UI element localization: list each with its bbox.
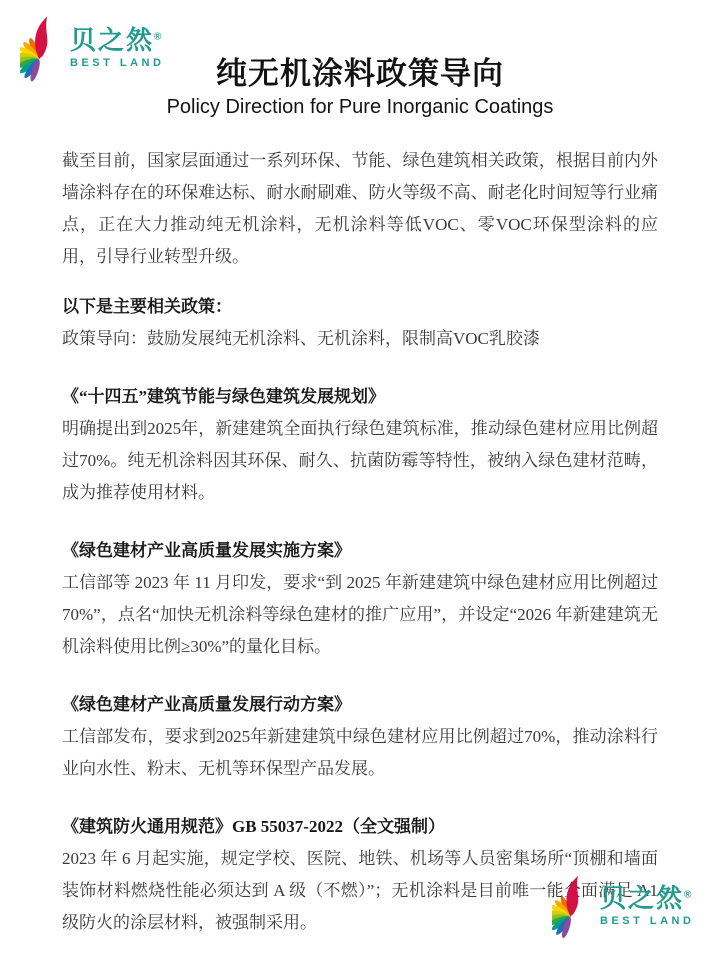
brand-wordmark: 贝之然® BEST LAND [70, 27, 164, 69]
policy-direction-line: 政策导向：鼓励发展纯无机涂料、无机涂料，限制高VOC乳胶漆 [62, 323, 658, 355]
policies-heading: 以下是主要相关政策： [62, 291, 658, 323]
section-heading: 《建筑防火通用规范》GB 55037-2022（全文强制） [62, 811, 658, 843]
brand-name-cn: 贝之然® [600, 885, 694, 911]
document-body: 截至目前，国家层面通过一系列环保、节能、绿色建筑相关政策，根据目前内外墙涂料存在… [62, 145, 658, 939]
brand-name-cn: 贝之然® [70, 27, 164, 53]
section-body: 工信部等 2023 年 11 月印发，要求“到 2025 年新建建筑中绿色建材应… [62, 567, 658, 663]
section-body: 工信部发布，要求到2025年新建建筑中绿色建材应用比例超过70%，推动涂料行业向… [62, 721, 658, 785]
brand-logo-top: 贝之然® BEST LAND [20, 12, 164, 84]
brand-name-en: BEST LAND [70, 58, 164, 69]
policy-section-3: 《绿色建材产业高质量发展行动方案》 工信部发布，要求到2025年新建建筑中绿色建… [62, 689, 658, 785]
bestland-wing-icon [20, 12, 66, 84]
bestland-wing-icon [552, 872, 596, 940]
brand-name-en: BEST LAND [600, 916, 694, 927]
policy-section-1: 《“十四五”建筑节能与绿色建筑发展规划》 明确提出到2025年，新建建筑全面执行… [62, 381, 658, 509]
section-body: 明确提出到2025年，新建建筑全面执行绿色建筑标准，推动绿色建材应用比例超过70… [62, 413, 658, 509]
section-heading: 《绿色建材产业高质量发展实施方案》 [62, 535, 658, 567]
policy-section-2: 《绿色建材产业高质量发展实施方案》 工信部等 2023 年 11 月印发，要求“… [62, 535, 658, 663]
registered-mark-icon: ® [154, 31, 161, 42]
intro-paragraph: 截至目前，国家层面通过一系列环保、节能、绿色建筑相关政策，根据目前内外墙涂料存在… [62, 145, 658, 273]
brand-wordmark: 贝之然® BEST LAND [600, 885, 694, 927]
policy-overview-block: 以下是主要相关政策： 政策导向：鼓励发展纯无机涂料、无机涂料，限制高VOC乳胶漆 [62, 291, 658, 355]
page-subtitle: Policy Direction for Pure Inorganic Coat… [0, 96, 720, 119]
brand-logo-bottom: 贝之然® BEST LAND [552, 872, 694, 940]
registered-mark-icon: ® [684, 889, 691, 900]
policy-document-page: 贝之然® BEST LAND 纯无机涂料政策导向 Policy Directio… [0, 0, 720, 960]
section-heading: 《“十四五”建筑节能与绿色建筑发展规划》 [62, 381, 658, 413]
section-heading: 《绿色建材产业高质量发展行动方案》 [62, 689, 658, 721]
